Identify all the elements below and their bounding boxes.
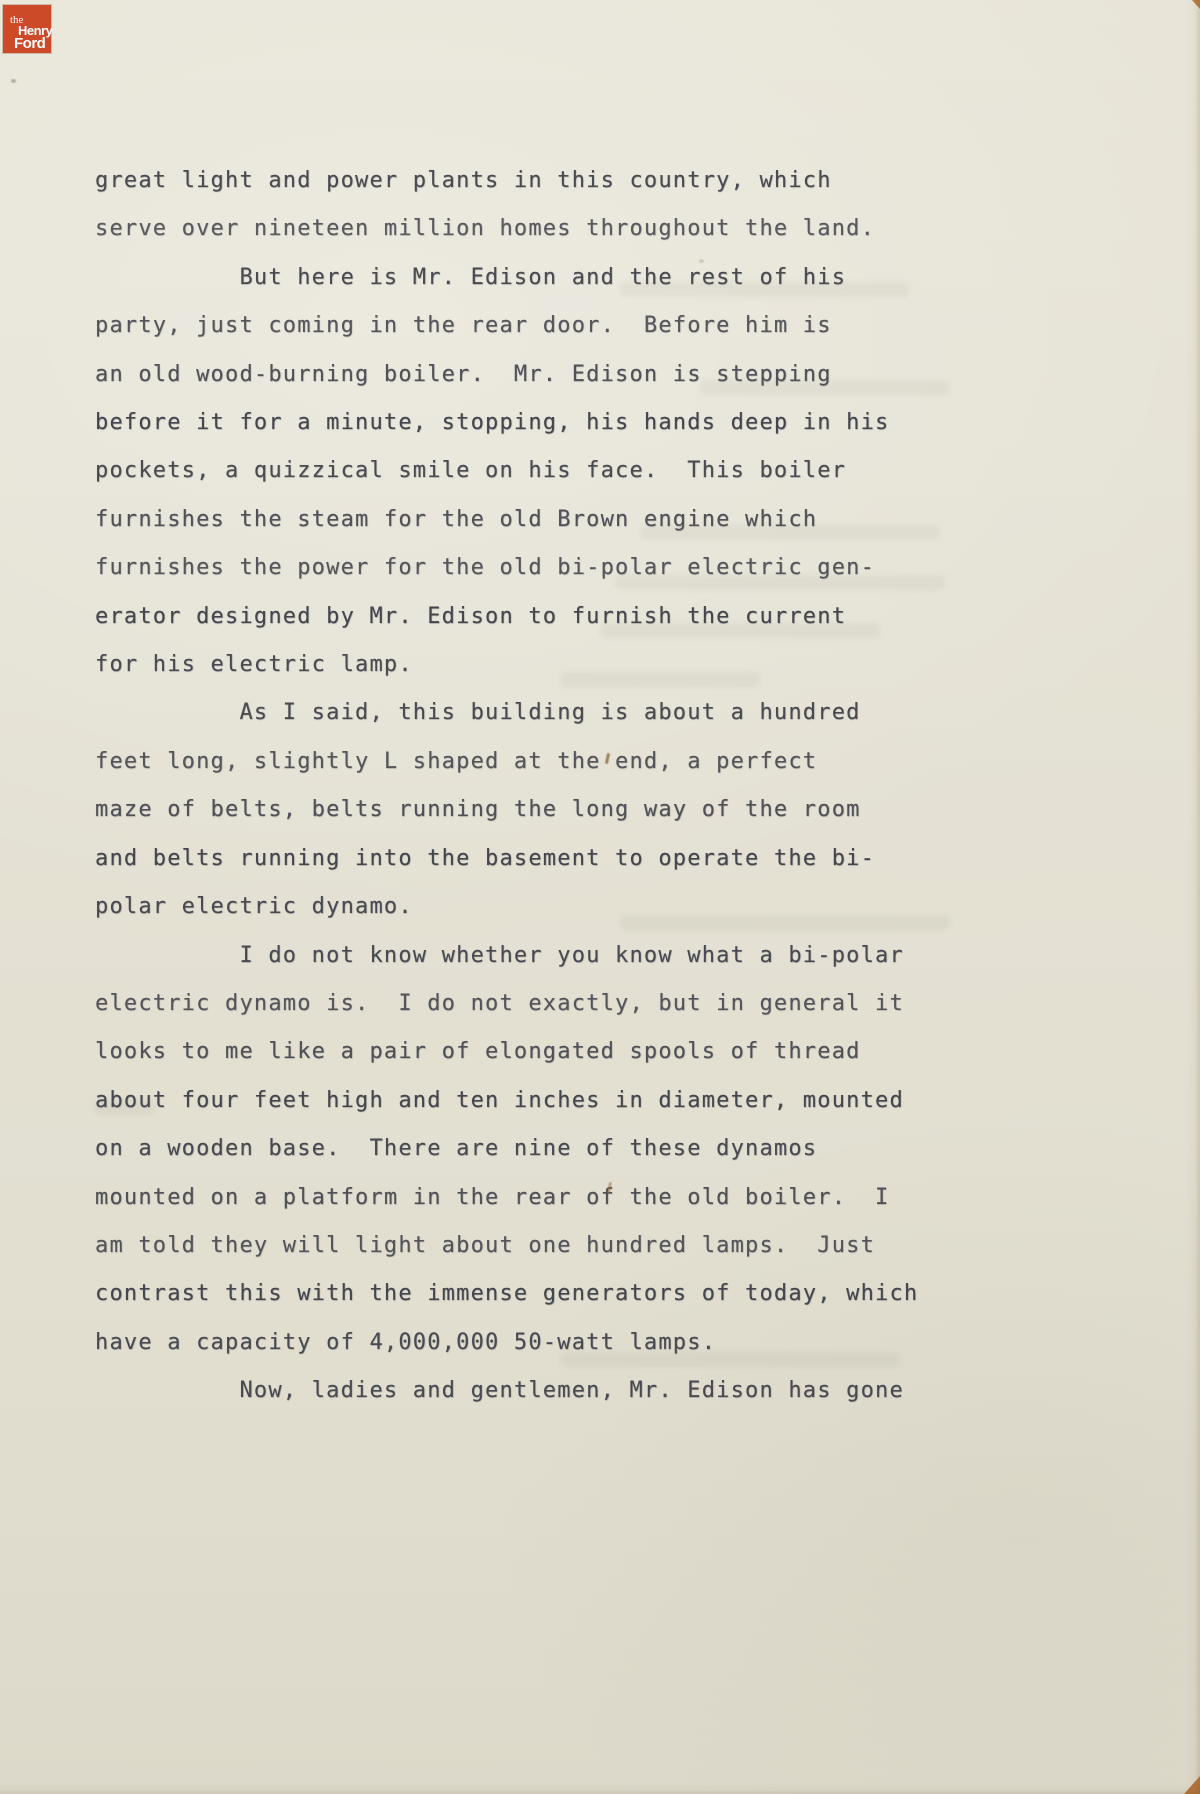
typed-line: pockets, a quizzical smile on his face. … [95, 447, 1135, 495]
typed-line: before it for a minute, stopping, his ha… [95, 399, 1135, 447]
typed-line: I do not know whether you know what a bi… [95, 932, 1135, 980]
typed-line: looks to me like a pair of elongated spo… [95, 1028, 1135, 1076]
scanned-page: the Henry Ford great light and power pla… [0, 0, 1200, 1794]
typed-line: on a wooden base. There are nine of thes… [95, 1125, 1135, 1173]
typed-line: furnishes the power for the old bi-polar… [95, 544, 1135, 592]
page-edge-corner [1184, 1776, 1200, 1794]
typed-line: electric dynamo is. I do not exactly, bu… [95, 980, 1135, 1028]
typed-line: an old wood-burning boiler. Mr. Edison i… [95, 351, 1135, 399]
typed-line: mounted on a platform in the rear of the… [95, 1174, 1135, 1222]
paragraph: I do not know whether you know what a bi… [95, 932, 1135, 1368]
typed-line: erator designed by Mr. Edison to furnish… [95, 593, 1135, 641]
logo-text-ford: Ford [14, 36, 45, 51]
paper-speck [11, 79, 16, 83]
paragraph: As I said, this building is about a hund… [95, 689, 1135, 931]
typed-line: serve over nineteen million homes throug… [95, 205, 1135, 253]
paragraph: Now, ladies and gentlemen, Mr. Edison ha… [95, 1367, 1135, 1415]
typed-line: Now, ladies and gentlemen, Mr. Edison ha… [95, 1367, 1135, 1415]
typed-line: feet long, slightly L shaped at the end,… [95, 738, 1135, 786]
typed-line: have a capacity of 4,000,000 50-watt lam… [95, 1319, 1135, 1367]
typed-line: am told they will light about one hundre… [95, 1222, 1135, 1270]
page-edge-corner [1192, 0, 1200, 9]
typed-line: great light and power plants in this cou… [95, 157, 1135, 205]
typed-line: party, just coming in the rear door. Bef… [95, 302, 1135, 350]
typed-line: maze of belts, belts running the long wa… [95, 786, 1135, 834]
typed-line: But here is Mr. Edison and the rest of h… [95, 254, 1135, 302]
henry-ford-logo: the Henry Ford [3, 5, 51, 53]
paper-speck [699, 259, 704, 263]
typed-line: contrast this with the immense generator… [95, 1270, 1135, 1318]
typewritten-text: great light and power plants in this cou… [95, 157, 1135, 1416]
typed-line: and belts running into the basement to o… [95, 835, 1135, 883]
typed-line: polar electric dynamo. [95, 883, 1135, 931]
typed-line: for his electric lamp. [95, 641, 1135, 689]
typed-line: As I said, this building is about a hund… [95, 689, 1135, 737]
paragraph: But here is Mr. Edison and the rest of h… [95, 254, 1135, 690]
paragraph: great light and power plants in this cou… [95, 157, 1135, 254]
typed-line: about four feet high and ten inches in d… [95, 1077, 1135, 1125]
typed-line: furnishes the steam for the old Brown en… [95, 496, 1135, 544]
